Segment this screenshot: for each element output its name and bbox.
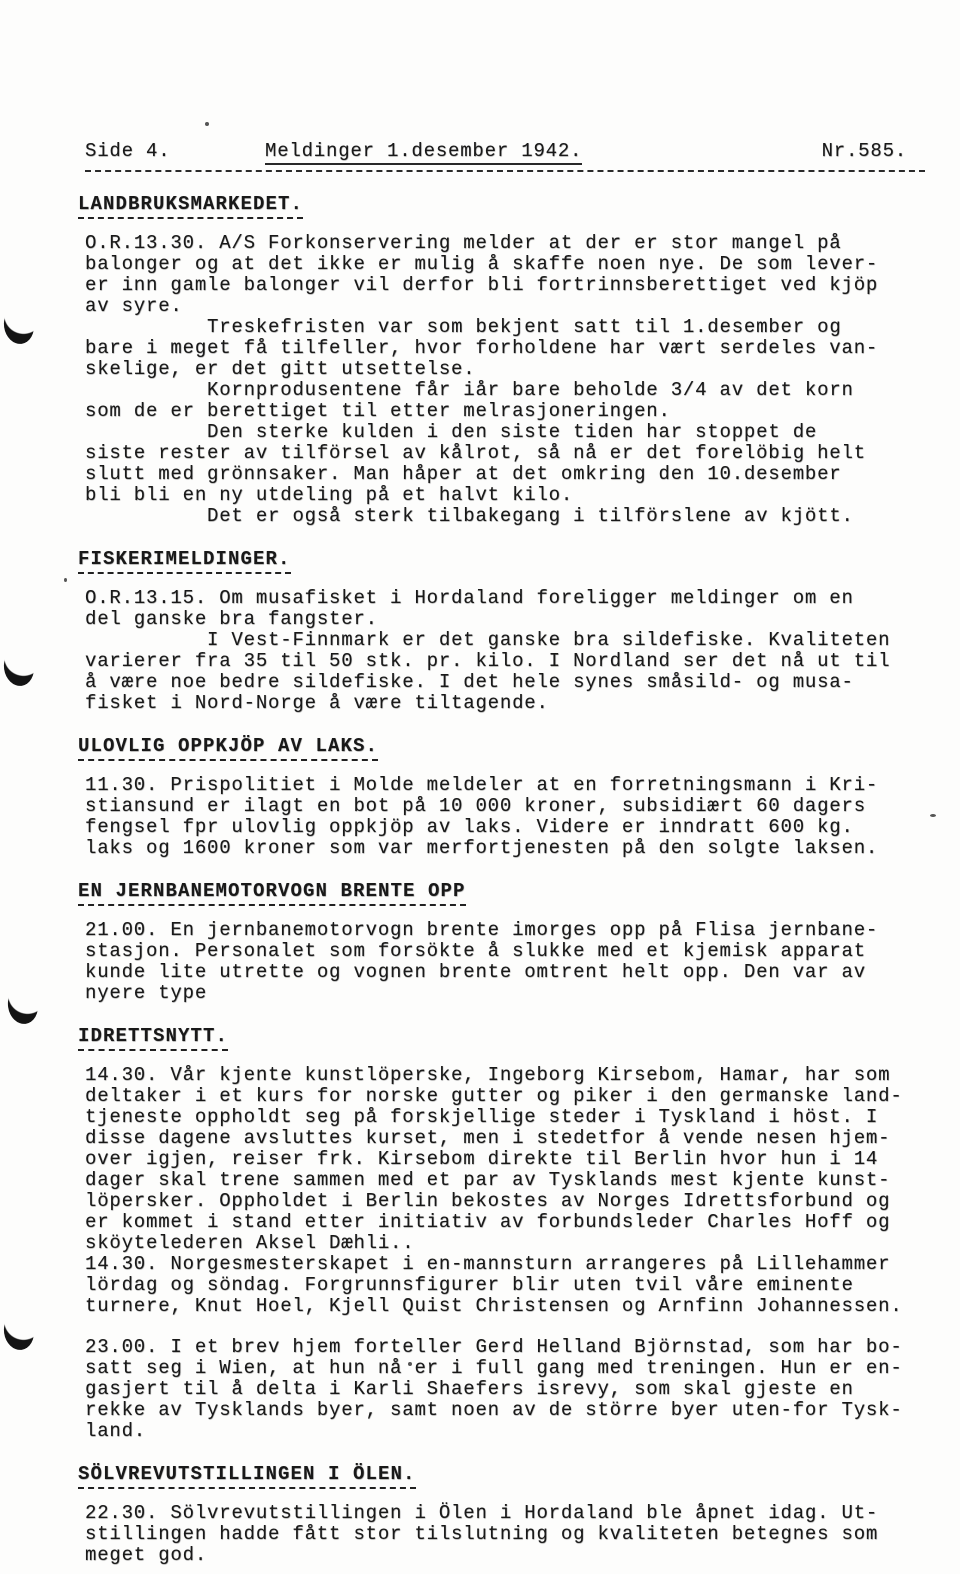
- scanned-document-page: Side 4. Meldinger 1.desember 1942. Nr.58…: [0, 0, 960, 1574]
- paragraph-forkonservering: O.R.13.30. A/S Forkonservering melder at…: [85, 233, 925, 317]
- section-heading-landbruksmarkedet: LANDBRUKSMARKEDET.: [78, 194, 303, 219]
- paragraph-jernbanemotorvogn: 21.00. En jernbanemotorvogn brente imorg…: [85, 920, 925, 1004]
- page-header: Side 4. Meldinger 1.desember 1942. Nr.58…: [85, 141, 925, 172]
- paragraph-kirsebom: 14.30. Vår kjente kunstlöperske, Ingebor…: [85, 1065, 925, 1317]
- scan-speck: [64, 578, 67, 582]
- paragraph-musafisket: O.R.13.15. Om musafisket i Hordaland for…: [85, 588, 925, 630]
- paragraph-solvrevutstillingen: 22.30. Sölvrevutstillingen i Ölen i Hord…: [85, 1503, 925, 1566]
- section-heading-idrettsnytt: IDRETTSNYTT.: [78, 1026, 228, 1051]
- section-heading-fiskerimeldinger: FISKERIMELDINGER.: [78, 549, 291, 574]
- issue-number: Nr.585.: [822, 141, 907, 162]
- paragraph-prispolitiet: 11.30. Prispolitiet i Molde meldeler at …: [85, 775, 925, 859]
- section-heading-ulovlig-oppkjop: ULOVLIG OPPKJÖP AV LAKS.: [78, 736, 378, 761]
- paragraph-bjornstad: 23.00. I et brev hjem forteller Gerd Hel…: [85, 1337, 925, 1442]
- paragraph-kjott: Det er også sterk tilbakegang i tilförsl…: [85, 506, 925, 527]
- page-number: Side 4.: [85, 141, 265, 162]
- section-heading-jernbanemotorvogn: EN JERNBANEMOTORVOGN BRENTE OPP: [78, 881, 466, 906]
- paragraph-treskefristen: Treskefristen var som bekjent satt til 1…: [85, 317, 925, 380]
- section-heading-solvrevutstillingen: SÖLVREVUTSTILLINGEN I ÖLEN.: [78, 1464, 416, 1489]
- scan-speck: [408, 1362, 412, 1366]
- scan-speck: [930, 814, 936, 817]
- document-title: Meldinger 1.desember 1942.: [265, 141, 582, 165]
- paragraph-kulden: Den sterke kulden i den siste tiden har …: [85, 422, 925, 506]
- scan-speck: [205, 122, 209, 126]
- paragraph-sildefiske: I Vest-Finnmark er det ganske bra sildef…: [85, 630, 925, 714]
- paragraph-kornprodusentene: Kornprodusentene får iår bare beholde 3/…: [85, 380, 925, 422]
